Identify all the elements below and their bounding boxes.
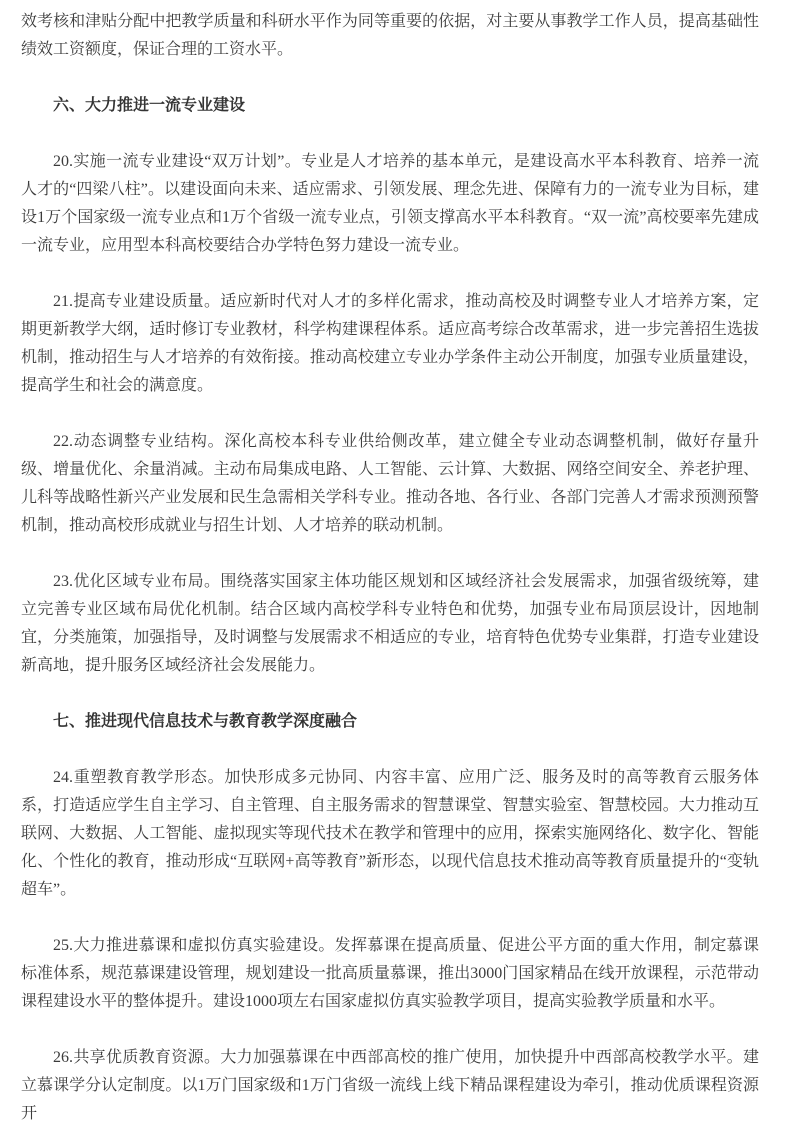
document-page: 效考核和津贴分配中把教学质量和科研水平作为同等重要的依据，对主要从事教学工作人员… [0, 0, 793, 1122]
body-paragraph: 25.大力推进慕课和虚拟仿真实验建设。发挥慕课在提高质量、促进公平方面的重大作用… [21, 932, 759, 1016]
intro-paragraph: 效考核和津贴分配中把教学质量和科研水平作为同等重要的依据，对主要从事教学工作人员… [21, 8, 759, 64]
body-paragraph: 24.重塑教育教学形态。加快形成多元协同、内容丰富、应用广泛、服务及时的高等教育… [21, 764, 759, 904]
document-sections: 六、大力推进一流专业建设20.实施一流专业建设“双万计划”。专业是人才培养的基本… [21, 92, 759, 1122]
section-heading: 七、推进现代信息技术与教育教学深度融合 [21, 708, 759, 736]
body-paragraph: 23.优化区域专业布局。围绕落实国家主体功能区规划和区域经济社会发展需求，加强省… [21, 568, 759, 680]
section-heading: 六、大力推进一流专业建设 [21, 92, 759, 120]
body-paragraph: 22.动态调整专业结构。深化高校本科专业供给侧改革，建立健全专业动态调整机制，做… [21, 428, 759, 540]
body-paragraph: 21.提高专业建设质量。适应新时代对人才的多样化需求，推动高校及时调整专业人才培… [21, 288, 759, 400]
body-paragraph: 26.共享优质教育资源。大力加强慕课在中西部高校的推广使用，加快提升中西部高校教… [21, 1044, 759, 1122]
body-paragraph: 20.实施一流专业建设“双万计划”。专业是人才培养的基本单元，是建设高水平本科教… [21, 148, 759, 260]
